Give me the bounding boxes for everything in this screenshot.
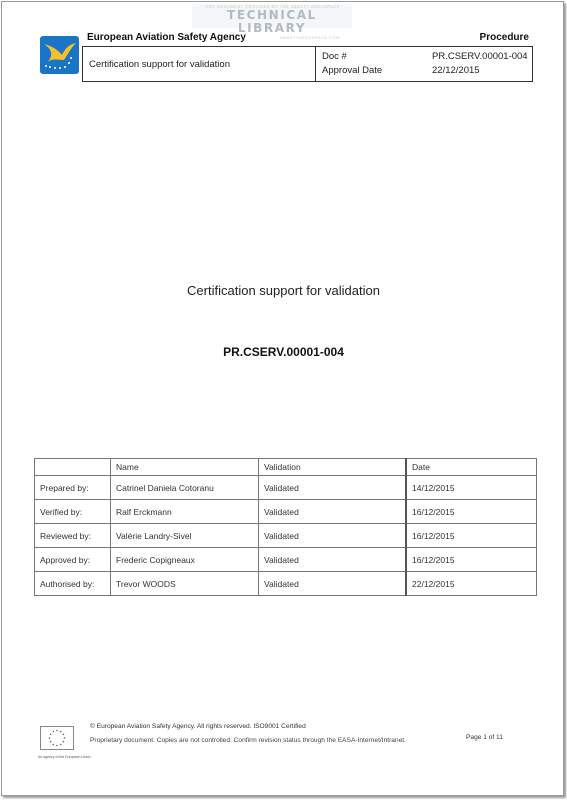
footer-copyright: © European Aviation Safety Agency. All r… [90, 723, 306, 730]
role-cell: Reviewed by: [35, 524, 111, 548]
approval-date-value: 22/12/2015 [432, 65, 480, 76]
name-cell: Catrinel Daniela Cotoranu [111, 476, 259, 500]
footer-disclaimer: Proprietary document. Copies are not con… [90, 736, 410, 745]
header-cell-role [35, 459, 111, 476]
table-header-row: Name Validation Date [35, 459, 537, 476]
date-cell: 14/12/2015 [406, 476, 537, 500]
role-cell: Verified by: [35, 500, 111, 524]
signature-table: Name Validation Date Prepared by: Catrin… [34, 458, 537, 596]
doc-number-label: Doc # [322, 51, 347, 62]
name-cell: Valérie Landry-Sivel [111, 524, 259, 548]
table-row: Authorised by: Trevor WOODS Validated 22… [35, 572, 537, 596]
validation-cell: Validated [259, 548, 407, 572]
document-number: PR.CSERV.00001-004 [0, 345, 567, 359]
header-info-box: Certification support for validation Doc… [82, 46, 533, 82]
doc-number-value: PR.CSERV.00001-004 [432, 51, 528, 62]
header-cell-validation: Validation [259, 459, 407, 476]
role-cell: Authorised by: [35, 572, 111, 596]
technical-library-watermark: THIS DOCUMENT PROVIDED BY THE ABBOTT AER… [192, 4, 352, 28]
table-row: Reviewed by: Valérie Landry-Sivel Valida… [35, 524, 537, 548]
role-cell: Approved by: [35, 548, 111, 572]
approval-date-label: Approval Date [322, 65, 382, 76]
date-cell: 16/12/2015 [406, 500, 537, 524]
header-cell-name: Name [111, 459, 259, 476]
name-cell: Trevor WOODS [111, 572, 259, 596]
validation-cell: Validated [259, 572, 407, 596]
validation-cell: Validated [259, 500, 407, 524]
eu-flag-icon [40, 726, 74, 750]
validation-cell: Validated [259, 476, 407, 500]
name-cell: Ralf Erckmann [111, 500, 259, 524]
easa-logo-icon [40, 36, 79, 74]
page-number: Page 1 of 11 [466, 734, 503, 741]
date-cell: 16/12/2015 [406, 548, 537, 572]
name-cell: Frederic Copigneaux [111, 548, 259, 572]
document-title: Certification support for validation [0, 283, 567, 298]
header-cell-date: Date [406, 459, 537, 476]
document-type: Procedure [480, 32, 529, 43]
organization-name: European Aviation Safety Agency [87, 32, 246, 43]
table-row: Approved by: Frederic Copigneaux Validat… [35, 548, 537, 572]
date-cell: 22/12/2015 [406, 572, 537, 596]
eu-caption: An agency of the European Union [38, 755, 91, 759]
table-row: Verified by: Ralf Erckmann Validated 16/… [35, 500, 537, 524]
table-row: Prepared by: Catrinel Daniela Cotoranu V… [35, 476, 537, 500]
validation-cell: Validated [259, 524, 407, 548]
date-cell: 16/12/2015 [406, 524, 537, 548]
document-page: THIS DOCUMENT PROVIDED BY THE ABBOTT AER… [1, 1, 564, 796]
header-doc-meta: Doc # PR.CSERV.00001-004 Approval Date 2… [316, 47, 532, 81]
role-cell: Prepared by: [35, 476, 111, 500]
header-doc-title: Certification support for validation [83, 47, 316, 81]
